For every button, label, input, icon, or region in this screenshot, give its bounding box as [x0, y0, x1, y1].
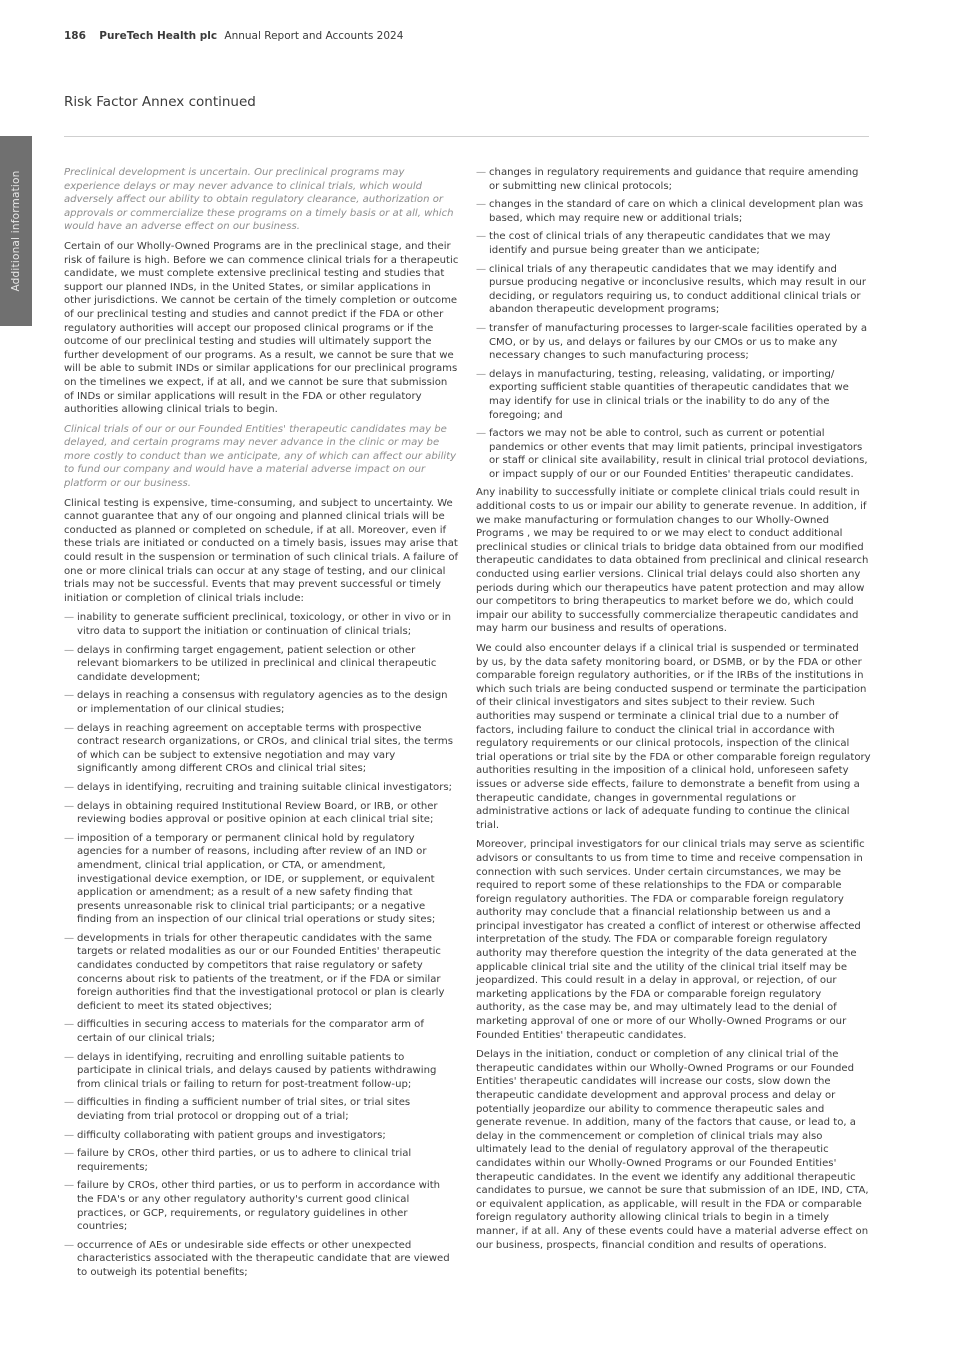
right-column: changes in regulatory requirements and g… [476, 166, 871, 1258]
page-header: 186 PureTech Health plc Annual Report an… [64, 30, 403, 42]
list-item: delays in reaching agreement on acceptab… [64, 722, 459, 776]
list-item: inability to generate sufficient preclin… [64, 611, 459, 638]
company-name: PureTech Health plc [99, 30, 217, 42]
risk-heading: Preclinical development is uncertain. Ou… [64, 166, 459, 234]
list-item: delays in manufacturing, testing, releas… [476, 368, 871, 422]
list-item: failure by CROs, other third parties, or… [64, 1147, 459, 1174]
list-item: factors we may not be able to control, s… [476, 427, 871, 481]
paragraph: Certain of our Wholly-Owned Programs are… [64, 240, 459, 417]
paragraph: Any inability to successfully initiate o… [476, 486, 871, 636]
list-item: the cost of clinical trials of any thera… [476, 230, 871, 257]
section-title: Risk Factor Annex continued [64, 94, 256, 110]
list-item: delays in obtaining required Institution… [64, 800, 459, 827]
divider [64, 136, 869, 137]
report-title: Annual Report and Accounts 2024 [224, 30, 403, 42]
side-tab-label: Additional information [10, 170, 22, 291]
risk-heading: Clinical trials of our or our Founded En… [64, 423, 459, 491]
list-item: delays in confirming target engagement, … [64, 644, 459, 685]
list-item: imposition of a temporary or permanent c… [64, 832, 459, 927]
list-item: developments in trials for other therape… [64, 932, 459, 1014]
list-item: difficulty collaborating with patient gr… [64, 1129, 459, 1143]
paragraph: Clinical testing is expensive, time-cons… [64, 497, 459, 606]
paragraph: Moreover, principal investigators for ou… [476, 838, 871, 1042]
paragraph: Delays in the initiation, conduct or com… [476, 1048, 871, 1252]
left-column: Preclinical development is uncertain. Ou… [64, 166, 459, 1285]
page-number: 186 [64, 30, 86, 42]
list-item: failure by CROs, other third parties, or… [64, 1179, 459, 1233]
side-tab: Additional information [0, 136, 32, 326]
list-item: clinical trials of any therapeutic candi… [476, 263, 871, 317]
bullet-list: changes in regulatory requirements and g… [476, 166, 871, 481]
list-item: delays in identifying, recruiting and tr… [64, 781, 459, 795]
list-item: difficulties in securing access to mater… [64, 1018, 459, 1045]
list-item: difficulties in finding a sufficient num… [64, 1096, 459, 1123]
list-item: delays in identifying, recruiting and en… [64, 1051, 459, 1092]
list-item: changes in regulatory requirements and g… [476, 166, 871, 193]
paragraph: We could also encounter delays if a clin… [476, 642, 871, 832]
list-item: delays in reaching a consensus with regu… [64, 689, 459, 716]
list-item: changes in the standard of care on which… [476, 198, 871, 225]
list-item: occurrence of AEs or undesirable side ef… [64, 1239, 459, 1280]
list-item: transfer of manufacturing processes to l… [476, 322, 871, 363]
bullet-list: inability to generate sufficient preclin… [64, 611, 459, 1279]
